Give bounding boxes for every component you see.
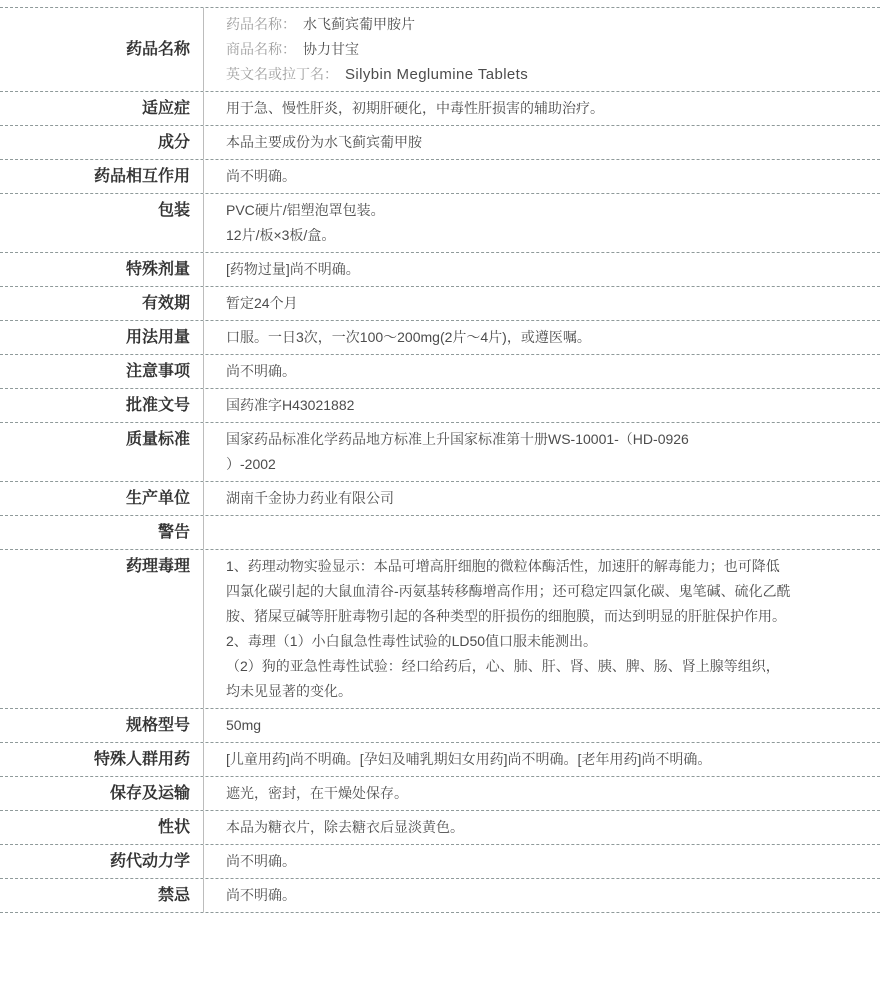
row-value: [药物过量]尚不明确。	[204, 253, 880, 286]
table-row-ingredients: 成分 本品主要成份为水飞蓟宾葡甲胺	[0, 126, 880, 160]
row-label: 规格型号	[0, 709, 204, 742]
table-row-special-dosage: 特殊剂量 [药物过量]尚不明确。	[0, 253, 880, 287]
table-row-drug-interactions: 药品相互作用 尚不明确。	[0, 160, 880, 194]
row-value	[204, 516, 880, 549]
table-row-pharmacology-toxicology: 药理毒理 1、药理动物实验显示：本品可增高肝细胞的微粒体酶活性，加速肝的解毒能力…	[0, 550, 880, 709]
row-label: 药理毒理	[0, 550, 204, 708]
row-label: 特殊剂量	[0, 253, 204, 286]
field-key: 药品名称：	[226, 16, 296, 32]
table-row-storage-transport: 保存及运输 遮光，密封，在干燥处保存。	[0, 777, 880, 811]
row-label: 批准文号	[0, 389, 204, 422]
row-value: 国家药品标准化学药品地方标准上升国家标准第十册WS-10001-（HD-0926…	[204, 423, 880, 481]
table-row-drug-name: 药品名称 药品名称：水飞蓟宾葡甲胺片 商品名称：协力甘宝 英文名或拉丁名：Sil…	[0, 8, 880, 92]
row-value: 50mg	[204, 709, 880, 742]
row-label: 禁忌	[0, 879, 204, 912]
value-line: PVC硬片/铝塑泡罩包装。	[226, 198, 792, 223]
value-line: 12片/板×3板/盒。	[226, 223, 792, 248]
table-row-special-populations: 特殊人群用药 [儿童用药]尚不明确。[孕妇及哺乳期妇女用药]尚不明确。[老年用药…	[0, 743, 880, 777]
row-value: 本品主要成份为水飞蓟宾葡甲胺	[204, 126, 880, 159]
row-label: 有效期	[0, 287, 204, 320]
english-name-field: 英文名或拉丁名：Silybin Meglumine Tablets	[226, 62, 792, 87]
table-row-pharmacokinetics: 药代动力学 尚不明确。	[0, 845, 880, 879]
row-label: 成分	[0, 126, 204, 159]
field-value: 协力甘宝	[303, 41, 359, 57]
field-value: 水飞蓟宾葡甲胺片	[303, 16, 415, 32]
row-value: 1、药理动物实验显示：本品可增高肝细胞的微粒体酶活性，加速肝的解毒能力；也可降低…	[204, 550, 880, 708]
row-label: 警告	[0, 516, 204, 549]
row-value: PVC硬片/铝塑泡罩包装。 12片/板×3板/盒。	[204, 194, 880, 252]
row-label: 药品名称	[0, 8, 204, 91]
drug-name-field: 药品名称：水飞蓟宾葡甲胺片	[226, 12, 792, 37]
table-row-description: 性状 本品为糖衣片，除去糖衣后显淡黄色。	[0, 811, 880, 845]
trade-name-field: 商品名称：协力甘宝	[226, 37, 792, 62]
table-row-quality-standard: 质量标准 国家药品标准化学药品地方标准上升国家标准第十册WS-10001-（HD…	[0, 423, 880, 482]
table-row-specification: 规格型号 50mg	[0, 709, 880, 743]
drug-info-table: 药品名称 药品名称：水飞蓟宾葡甲胺片 商品名称：协力甘宝 英文名或拉丁名：Sil…	[0, 7, 880, 913]
table-row-packaging: 包装 PVC硬片/铝塑泡罩包装。 12片/板×3板/盒。	[0, 194, 880, 253]
row-label: 质量标准	[0, 423, 204, 481]
row-label: 特殊人群用药	[0, 743, 204, 776]
value-line: ）-2002	[226, 452, 792, 477]
table-row-precautions: 注意事项 尚不明确。	[0, 355, 880, 389]
field-value: Silybin Meglumine Tablets	[345, 66, 528, 83]
table-row-shelf-life: 有效期 暂定24个月	[0, 287, 880, 321]
row-label: 性状	[0, 811, 204, 844]
table-row-contraindications: 禁忌 尚不明确。	[0, 879, 880, 913]
row-value: [儿童用药]尚不明确。[孕妇及哺乳期妇女用药]尚不明确。[老年用药]尚不明确。	[204, 743, 880, 776]
row-value: 暂定24个月	[204, 287, 880, 320]
row-label: 药品相互作用	[0, 160, 204, 193]
row-label: 适应症	[0, 92, 204, 125]
row-value: 湖南千金协力药业有限公司	[204, 482, 880, 515]
row-label: 保存及运输	[0, 777, 204, 810]
table-row-warning: 警告	[0, 516, 880, 550]
row-label: 注意事项	[0, 355, 204, 388]
value-line: 国家药品标准化学药品地方标准上升国家标准第十册WS-10001-（HD-0926	[226, 427, 792, 452]
row-value: 尚不明确。	[204, 160, 880, 193]
field-key: 英文名或拉丁名：	[226, 66, 338, 82]
table-row-dosage-administration: 用法用量 口服。一日3次，一次100～200mg(2片～4片)，或遵医嘱。	[0, 321, 880, 355]
row-value: 尚不明确。	[204, 879, 880, 912]
row-value: 国药准字H43021882	[204, 389, 880, 422]
row-label: 包装	[0, 194, 204, 252]
row-label: 药代动力学	[0, 845, 204, 878]
row-value: 口服。一日3次，一次100～200mg(2片～4片)，或遵医嘱。	[204, 321, 880, 354]
row-value: 药品名称：水飞蓟宾葡甲胺片 商品名称：协力甘宝 英文名或拉丁名：Silybin …	[204, 8, 880, 91]
row-value: 本品为糖衣片，除去糖衣后显淡黄色。	[204, 811, 880, 844]
row-value: 用于急、慢性肝炎，初期肝硬化，中毒性肝损害的辅助治疗。	[204, 92, 880, 125]
row-value: 遮光，密封，在干燥处保存。	[204, 777, 880, 810]
table-row-approval-number: 批准文号 国药准字H43021882	[0, 389, 880, 423]
value-paragraph: （2）狗的亚急性毒性试验：经口给药后，心、肺、肝、肾、胰、脾、肠、肾上腺等组织，…	[226, 654, 792, 704]
row-label: 用法用量	[0, 321, 204, 354]
row-value: 尚不明确。	[204, 845, 880, 878]
value-paragraph: 1、药理动物实验显示：本品可增高肝细胞的微粒体酶活性，加速肝的解毒能力；也可降低…	[226, 554, 792, 629]
row-label: 生产单位	[0, 482, 204, 515]
table-row-manufacturer: 生产单位 湖南千金协力药业有限公司	[0, 482, 880, 516]
field-key: 商品名称：	[226, 41, 296, 57]
row-value: 尚不明确。	[204, 355, 880, 388]
table-row-indications: 适应症 用于急、慢性肝炎，初期肝硬化，中毒性肝损害的辅助治疗。	[0, 92, 880, 126]
value-paragraph: 2、毒理（1）小白鼠急性毒性试验的LD50值口服未能测出。	[226, 629, 792, 654]
